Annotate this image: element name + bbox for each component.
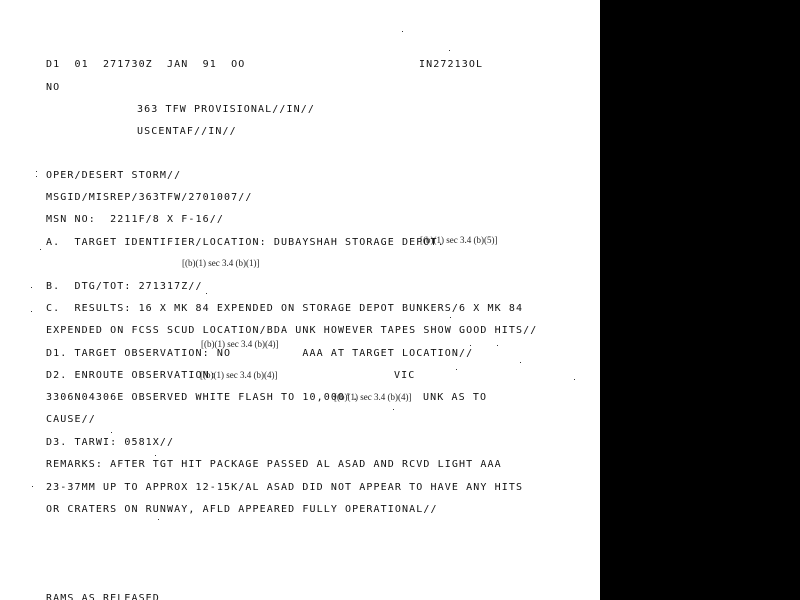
scan-black-margin [600,0,800,600]
tarwi-line: D3. TARWI: 0581X// [46,437,174,449]
scan-speck [111,432,112,433]
scan-speck [31,311,32,312]
header-dtg-line: D1 01 271730Z JAN 91 OO [46,59,245,71]
declassified-message-page: D1 01 271730Z JAN 91 OO IN27213OL NO 363… [0,0,600,600]
scan-speck [36,176,37,177]
scan-speck [206,293,207,294]
mission-number-line: MSN NO: 2211F/8 X F-16// [46,214,224,226]
dtg-tot-line: B. DTG/TOT: 271317Z// [46,281,203,293]
scan-speck [155,455,156,456]
target-identifier-line: A. TARGET IDENTIFIER/LOCATION: DUBAYSHAH… [46,237,445,249]
oper-line: OPER/DESERT STORM// [46,170,181,182]
remarks-line-3: OR CRATERS ON RUNWAY, AFLD APPEARED FULL… [46,504,438,516]
scan-speck [402,31,403,32]
scan-speck [574,379,575,380]
enroute-vic-text: VIC [394,370,415,382]
scan-speck [158,519,159,520]
cause-line: CAUSE// [46,414,96,426]
remarks-line-1: REMARKS: AFTER TGT HIT PACKAGE PASSED AL… [46,459,502,471]
scan-speck [456,369,457,370]
scan-speck [393,409,394,410]
redaction-marker: [(b)(1) sec 3.4 (b)(1)] [182,258,259,269]
scan-speck [450,317,451,318]
remarks-line-2: 23-37MM UP TO APPROX 12-15K/AL ASAD DID … [46,482,523,494]
header-routing-id: IN27213OL [419,59,483,71]
scan-speck [36,171,37,172]
results-line: C. RESULTS: 16 X MK 84 EXPENDED ON STORA… [46,303,523,315]
redaction-marker: [(b)(1) sec 3.4 (b)(4)] [334,392,411,403]
scan-speck [520,362,521,363]
footer-release-line: RAMS AS RELEASED [46,593,160,600]
enroute-observation-line: D2. ENROUTE OBSERVATION: [46,370,217,382]
scan-speck [32,486,33,487]
results-continuation-line: EXPENDED ON FCSS SCUD LOCATION/BDA UNK H… [46,325,537,337]
msgid-line: MSGID/MISREP/363TFW/2701007// [46,192,253,204]
header-to: USCENTAF//IN// [137,126,237,138]
redaction-marker: [(b)(1) sec 3.4 (b)(4)] [200,370,277,381]
enroute-continuation-line: 3306N04306E OBSERVED WHITE FLASH TO 10,0… [46,392,359,404]
redaction-marker: [(b)(1) sec 3.4 (b)(5)] [420,235,497,246]
scan-speck [497,345,498,346]
scan-speck [40,249,41,250]
target-observation-line: D1. TARGET OBSERVATION: NO AAA AT TARGET… [46,348,473,360]
scan-speck [449,50,450,51]
enroute-unk-text: UNK AS TO [423,392,487,404]
scan-speck [470,345,471,346]
header-precedence: NO [46,82,60,94]
header-from: 363 TFW PROVISIONAL//IN// [137,104,315,116]
scan-speck [31,287,32,288]
